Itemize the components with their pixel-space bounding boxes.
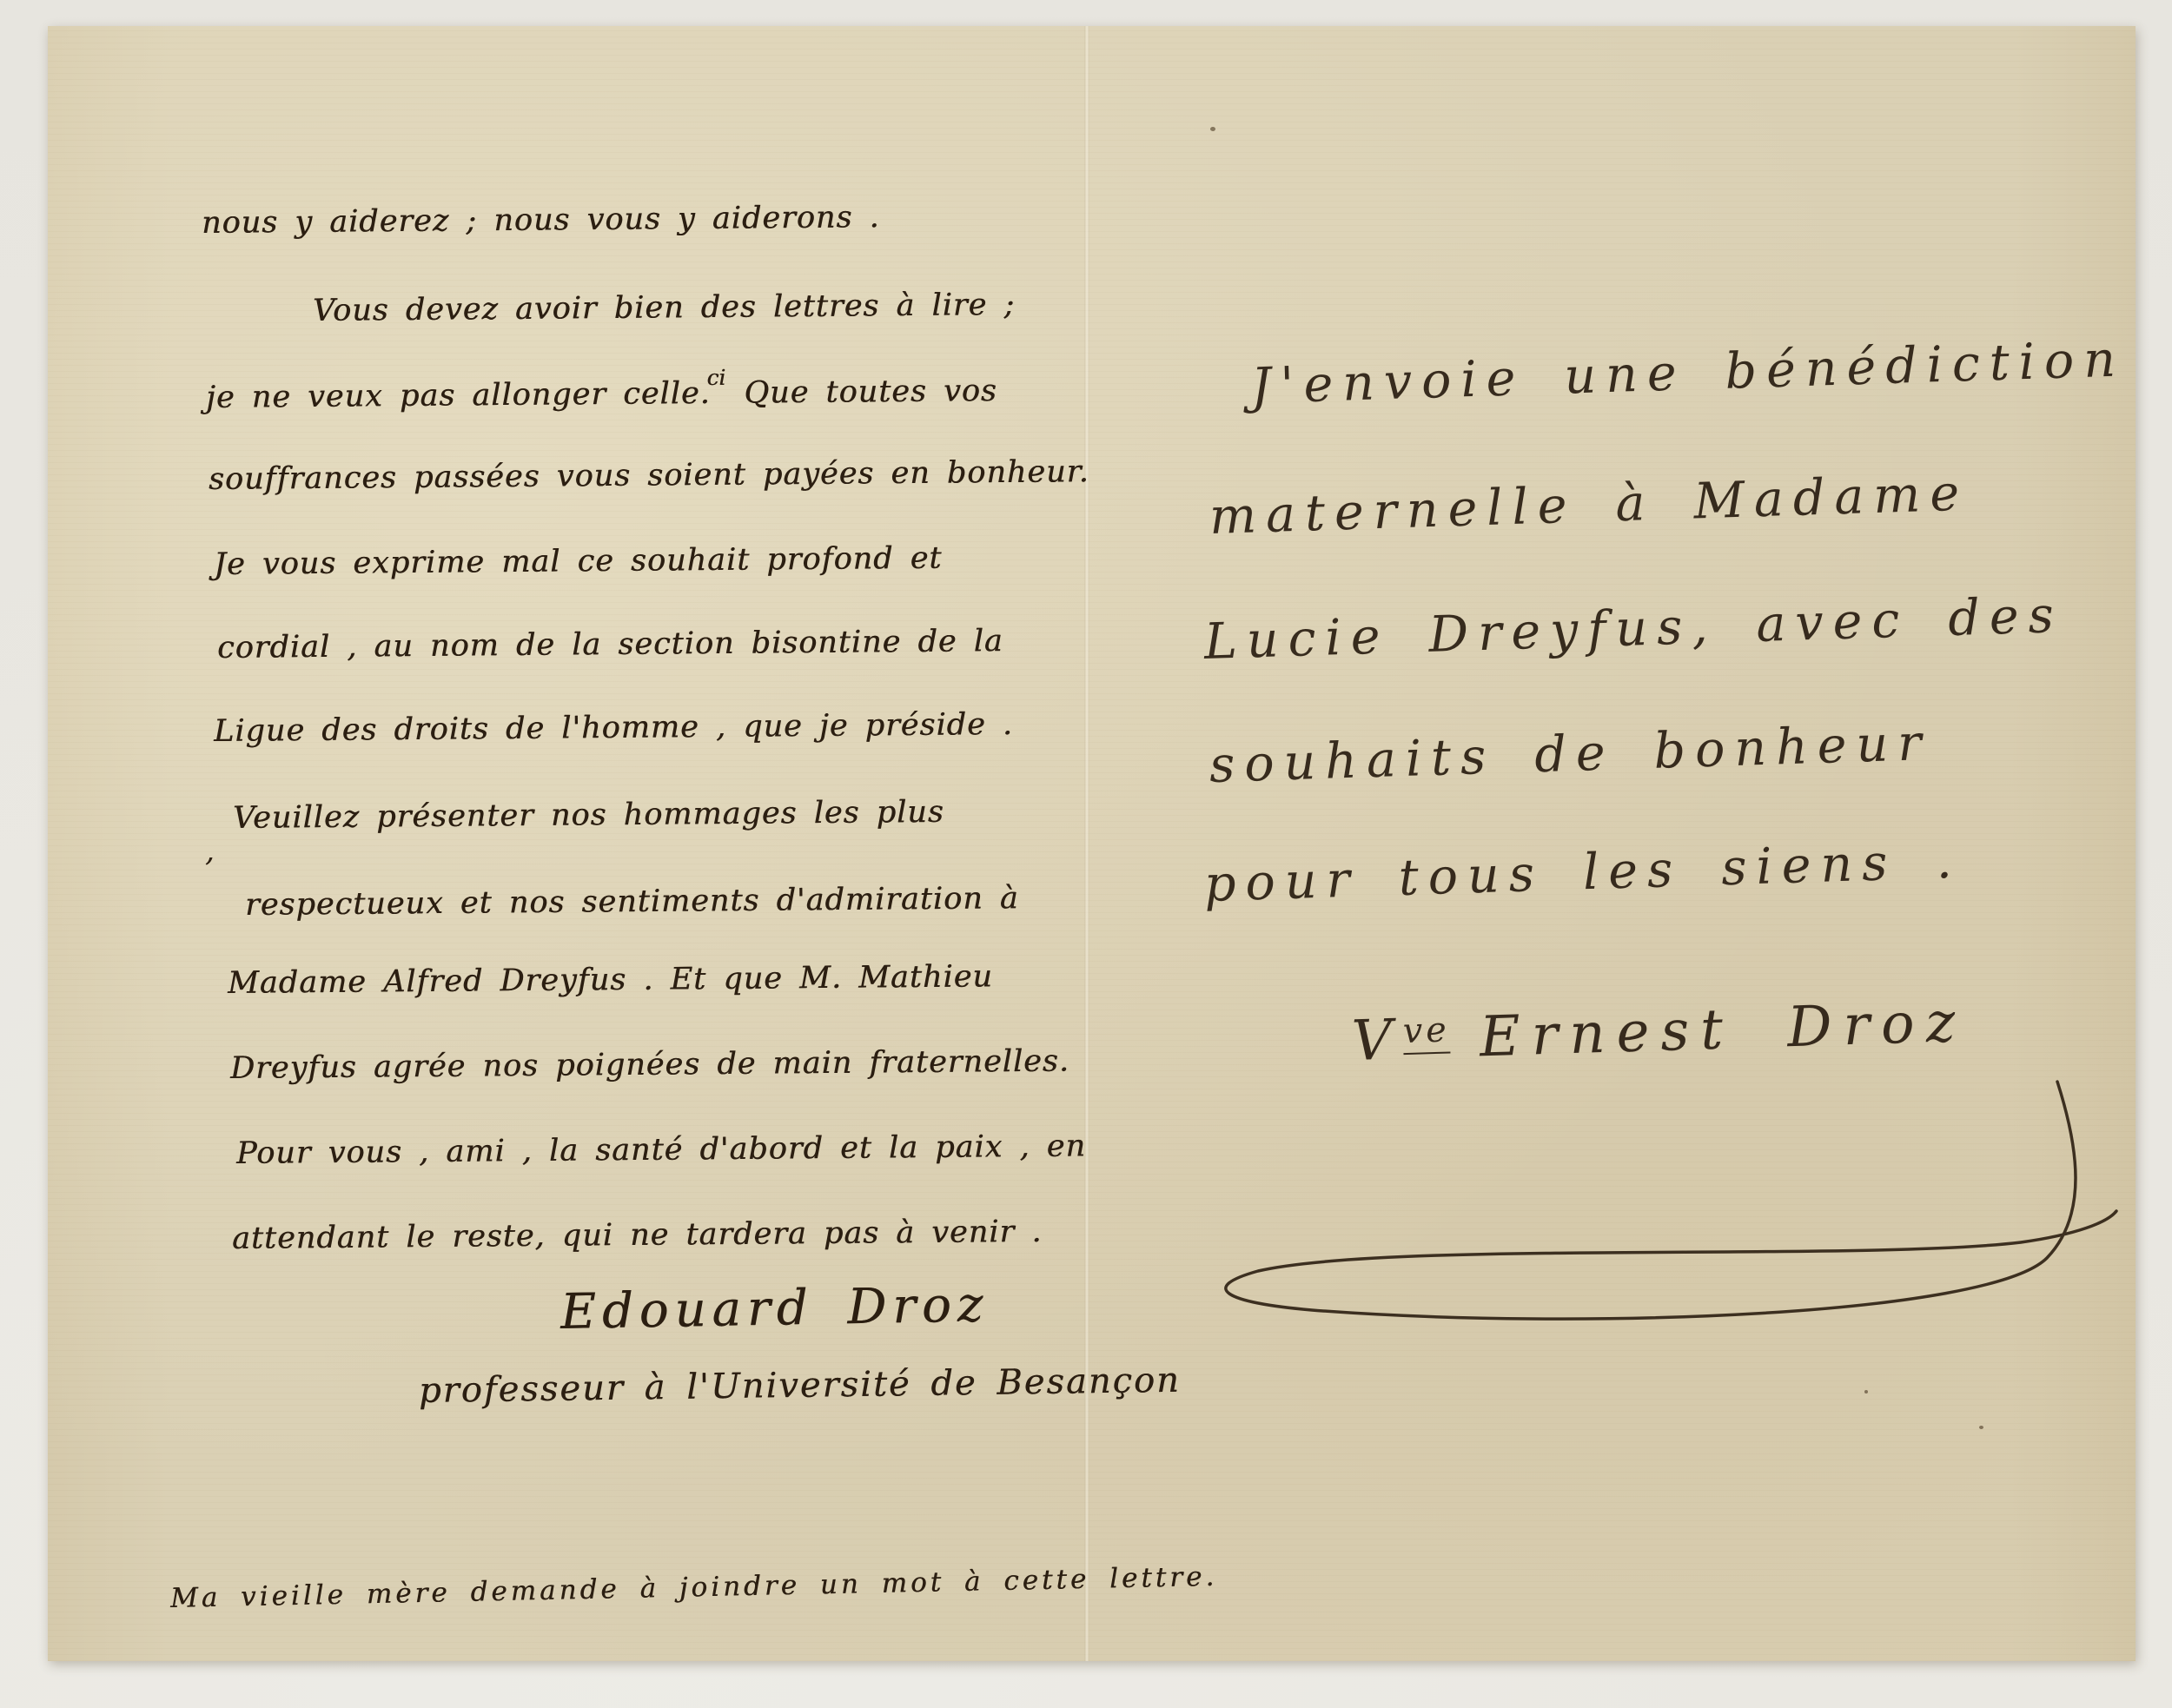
left-line-12: Pour vous , ami , la santé d'abord et la…	[236, 1129, 1086, 1171]
ink-speck	[1210, 127, 1215, 131]
signature-edouard-droz: Edouard Droz	[560, 1276, 989, 1341]
ink-speck	[1979, 1426, 1983, 1429]
left-line-1: nous y aiderez ; nous vous y aiderons .	[202, 200, 880, 241]
signature-superscript: ve	[1402, 1010, 1450, 1056]
left-line-3: je ne veux pas allonger celle.ci Que tou…	[206, 374, 997, 415]
left-line-8: Veuillez présenter nos hommages les plus	[233, 795, 944, 836]
left-line-2: Vous devez avoir bien des lettres à lire…	[313, 288, 1016, 328]
left-line-13: attendant le reste, qui ne tardera pas à…	[232, 1215, 1043, 1256]
margin-comma-mark: ,	[205, 834, 215, 869]
left-line-7: Ligue des droits de l'homme , que je pré…	[214, 707, 1013, 749]
photograph-of-letter: { "colors": { "background": "#e9e7e1", "…	[0, 0, 2172, 1708]
left-line-3-before: je ne veux pas allonger celle.	[206, 376, 711, 415]
left-line-3-after: Que toutes vos	[727, 374, 997, 411]
ink-speck	[1864, 1390, 1868, 1394]
fold-crease	[1084, 26, 1089, 1661]
left-line-9: respectueux et nos sentiments d'admirati…	[245, 881, 1019, 923]
left-line-11: Dreyfus agrée nos poignées de main frate…	[230, 1044, 1069, 1086]
interlinear-insertion: ci	[706, 365, 725, 390]
signature-initial: V	[1351, 1008, 1405, 1074]
left-line-6: cordial , au nom de la section bisontine…	[217, 624, 1003, 665]
left-line-10: Madame Alfred Dreyfus . Et que M. Mathie…	[228, 959, 993, 1001]
left-line-5: Je vous exprime mal ce souhait profond e…	[214, 541, 943, 582]
